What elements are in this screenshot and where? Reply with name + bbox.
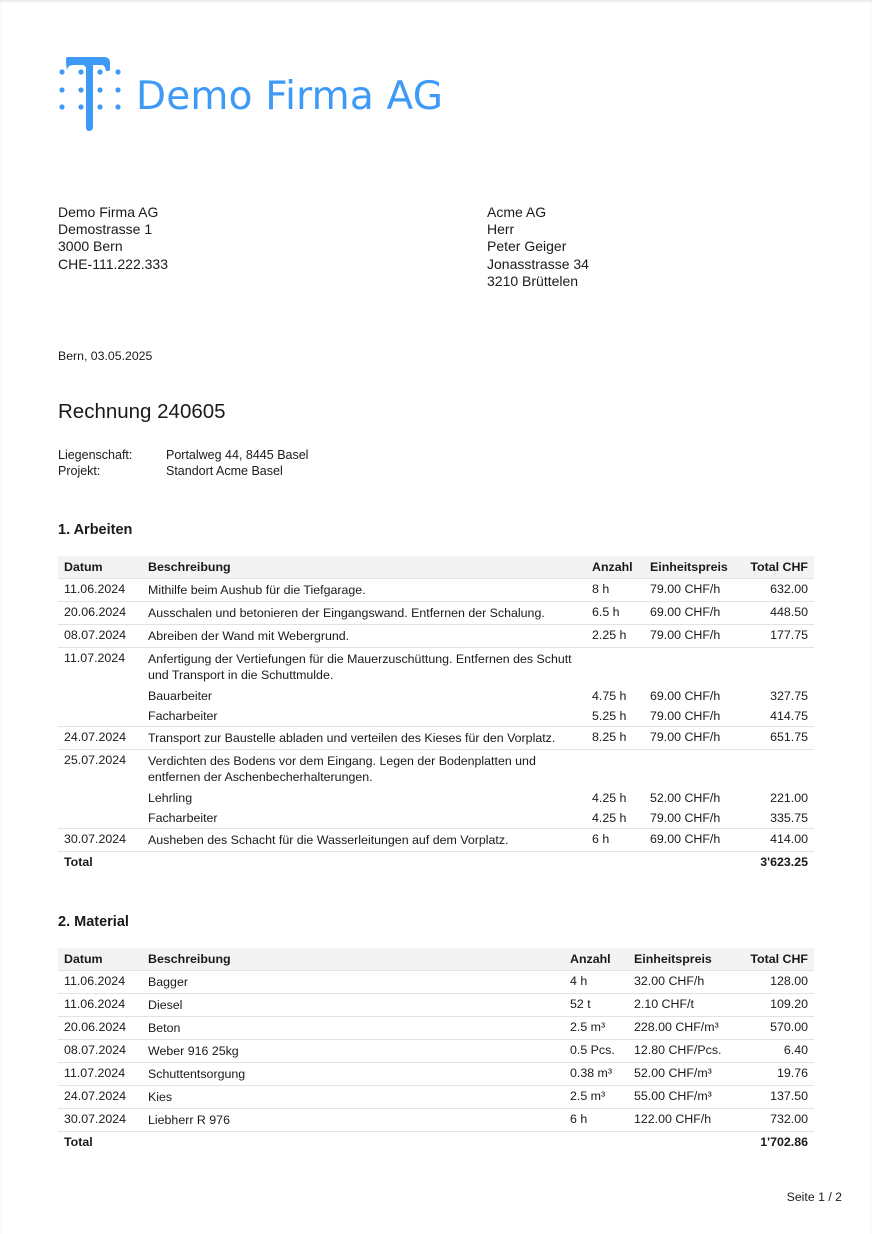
row-date: 20.06.2024 bbox=[58, 1017, 142, 1040]
row-quantity: 0.38 m³ bbox=[564, 1063, 628, 1086]
subrow-unit-price: 52.00 CHF/h bbox=[644, 788, 738, 808]
row-date: 24.07.2024 bbox=[58, 1086, 142, 1109]
section-title-material: 2. Material bbox=[58, 914, 129, 930]
row-unit-price: 2.10 CHF/t bbox=[628, 994, 738, 1017]
subrow-description: Facharbeiter bbox=[142, 706, 586, 727]
row-date: 11.06.2024 bbox=[58, 971, 142, 994]
table-row: 11.06.2024Diesel52 t2.10 CHF/t109.20 bbox=[58, 994, 814, 1017]
row-total: 137.50 bbox=[738, 1086, 814, 1109]
row-description: Liebherr R 976 bbox=[142, 1109, 564, 1132]
row-quantity: 2.25 h bbox=[586, 625, 644, 648]
row-unit-price: 79.00 CHF/h bbox=[644, 727, 738, 750]
row-date: 20.06.2024 bbox=[58, 602, 142, 625]
invoice-title: Rechnung 240605 bbox=[58, 400, 226, 424]
recipient-line: Jonasstrasse 34 bbox=[487, 256, 589, 273]
row-unit-price: 32.00 CHF/h bbox=[628, 971, 738, 994]
recipient-line: Acme AG bbox=[487, 204, 589, 221]
meta-value: Portalweg 44, 8445 Basel bbox=[166, 447, 308, 463]
company-name-logo-text: Demo Firma AG bbox=[136, 74, 443, 119]
row-quantity bbox=[586, 750, 644, 789]
subrow-quantity: 4.75 h bbox=[586, 686, 644, 706]
header-total: Total CHF bbox=[738, 556, 814, 579]
row-unit-price: 79.00 CHF/h bbox=[644, 625, 738, 648]
row-quantity: 8.25 h bbox=[586, 727, 644, 750]
page-number: Seite 1 / 2 bbox=[787, 1190, 842, 1204]
recipient-line: 3210 Brüttelen bbox=[487, 273, 589, 290]
row-unit-price: 69.00 CHF/h bbox=[644, 602, 738, 625]
row-date: 11.07.2024 bbox=[58, 648, 142, 687]
row-quantity: 4 h bbox=[564, 971, 628, 994]
sender-line: CHE-111.222.333 bbox=[58, 256, 168, 273]
total-label: Total bbox=[58, 1132, 142, 1153]
table-subrow: Lehrling4.25 h52.00 CHF/h221.00 bbox=[58, 788, 814, 808]
header-date: Datum bbox=[58, 556, 142, 579]
row-unit-price: 228.00 CHF/m³ bbox=[628, 1017, 738, 1040]
table-row: 20.06.2024Beton2.5 m³228.00 CHF/m³570.00 bbox=[58, 1017, 814, 1040]
table-row: 24.07.2024Kies2.5 m³55.00 CHF/m³137.50 bbox=[58, 1086, 814, 1109]
row-date: 08.07.2024 bbox=[58, 1040, 142, 1063]
subrow-date-empty bbox=[58, 788, 142, 808]
row-description: Bagger bbox=[142, 971, 564, 994]
row-description: Beton bbox=[142, 1017, 564, 1040]
row-unit-price: 52.00 CHF/m³ bbox=[628, 1063, 738, 1086]
subrow-date-empty bbox=[58, 808, 142, 829]
row-description: Diesel bbox=[142, 994, 564, 1017]
subrow-total: 221.00 bbox=[738, 788, 814, 808]
row-total: 448.50 bbox=[738, 602, 814, 625]
table-subrow: Facharbeiter4.25 h79.00 CHF/h335.75 bbox=[58, 808, 814, 829]
table-row: 11.06.2024Mithilfe beim Aushub für die T… bbox=[58, 579, 814, 602]
row-description: Kies bbox=[142, 1086, 564, 1109]
sender-address: Demo Firma AG Demostrasse 1 3000 Bern CH… bbox=[58, 204, 168, 273]
row-quantity: 8 h bbox=[586, 579, 644, 602]
total-label: Total bbox=[58, 852, 142, 873]
subrow-unit-price: 69.00 CHF/h bbox=[644, 686, 738, 706]
row-quantity: 6 h bbox=[564, 1109, 628, 1132]
meta-row-project: Projekt: Standort Acme Basel bbox=[58, 463, 308, 479]
row-unit-price: 79.00 CHF/h bbox=[644, 579, 738, 602]
row-quantity: 2.5 m³ bbox=[564, 1017, 628, 1040]
work-table: DatumBeschreibungAnzahlEinheitspreisTota… bbox=[58, 556, 814, 872]
table-row: 25.07.2024Verdichten des Bodens vor dem … bbox=[58, 750, 814, 789]
hammer-dots-logo-icon bbox=[58, 56, 122, 132]
recipient-line: Herr bbox=[487, 221, 589, 238]
sender-line: 3000 Bern bbox=[58, 238, 168, 255]
subrow-date-empty bbox=[58, 686, 142, 706]
table-row: 20.06.2024Ausschalen und betonieren der … bbox=[58, 602, 814, 625]
subrow-unit-price: 79.00 CHF/h bbox=[644, 706, 738, 727]
row-date: 25.07.2024 bbox=[58, 750, 142, 789]
subrow-description: Bauarbeiter bbox=[142, 686, 586, 706]
table-row: 11.07.2024Anfertigung der Vertiefungen f… bbox=[58, 648, 814, 687]
company-logo: Demo Firma AG bbox=[58, 56, 443, 132]
meta-value: Standort Acme Basel bbox=[166, 463, 283, 479]
row-date: 30.07.2024 bbox=[58, 829, 142, 852]
subrow-description: Facharbeiter bbox=[142, 808, 586, 829]
row-total: 109.20 bbox=[738, 994, 814, 1017]
row-quantity: 52 t bbox=[564, 994, 628, 1017]
row-description: Mithilfe beim Aushub für die Tiefgarage. bbox=[142, 579, 586, 602]
row-description: Verdichten des Bodens vor dem Eingang. L… bbox=[142, 750, 586, 789]
table-row: 08.07.2024Abreiben der Wand mit Webergru… bbox=[58, 625, 814, 648]
row-date: 24.07.2024 bbox=[58, 727, 142, 750]
table-header-row: DatumBeschreibungAnzahlEinheitspreisTota… bbox=[58, 556, 814, 579]
row-total: 6.40 bbox=[738, 1040, 814, 1063]
sender-line: Demostrasse 1 bbox=[58, 221, 168, 238]
row-unit-price: 55.00 CHF/m³ bbox=[628, 1086, 738, 1109]
section-title-work: 1. Arbeiten bbox=[58, 522, 132, 538]
header-description: Beschreibung bbox=[142, 948, 564, 971]
sender-line: Demo Firma AG bbox=[58, 204, 168, 221]
header-date: Datum bbox=[58, 948, 142, 971]
table-row: 24.07.2024Transport zur Baustelle ablade… bbox=[58, 727, 814, 750]
row-date: 30.07.2024 bbox=[58, 1109, 142, 1132]
row-total: 19.76 bbox=[738, 1063, 814, 1086]
header-quantity: Anzahl bbox=[586, 556, 644, 579]
total-value: 3'623.25 bbox=[738, 852, 814, 873]
row-total: 128.00 bbox=[738, 971, 814, 994]
row-date: 11.06.2024 bbox=[58, 579, 142, 602]
row-unit-price: 12.80 CHF/Pcs. bbox=[628, 1040, 738, 1063]
row-description: Weber 916 25kg bbox=[142, 1040, 564, 1063]
subrow-total: 327.75 bbox=[738, 686, 814, 706]
table-row: 11.06.2024Bagger4 h32.00 CHF/h128.00 bbox=[58, 971, 814, 994]
table-row: 30.07.2024Liebherr R 9766 h122.00 CHF/h7… bbox=[58, 1109, 814, 1132]
header-unit-price: Einheitspreis bbox=[644, 556, 738, 579]
recipient-line: Peter Geiger bbox=[487, 238, 589, 255]
row-description: Ausheben des Schacht für die Wasserleitu… bbox=[142, 829, 586, 852]
row-total bbox=[738, 648, 814, 687]
row-unit-price bbox=[644, 750, 738, 789]
table-subrow: Bauarbeiter4.75 h69.00 CHF/h327.75 bbox=[58, 686, 814, 706]
row-total: 651.75 bbox=[738, 727, 814, 750]
row-total: 570.00 bbox=[738, 1017, 814, 1040]
row-unit-price: 122.00 CHF/h bbox=[628, 1109, 738, 1132]
row-total bbox=[738, 750, 814, 789]
total-spacer bbox=[142, 1132, 738, 1153]
row-quantity: 2.5 m³ bbox=[564, 1086, 628, 1109]
row-description: Abreiben der Wand mit Webergrund. bbox=[142, 625, 586, 648]
subrow-total: 335.75 bbox=[738, 808, 814, 829]
meta-label: Projekt: bbox=[58, 463, 166, 479]
table-header-row: DatumBeschreibungAnzahlEinheitspreisTota… bbox=[58, 948, 814, 971]
row-unit-price: 69.00 CHF/h bbox=[644, 829, 738, 852]
place-date: Bern, 03.05.2025 bbox=[58, 349, 152, 363]
subrow-quantity: 4.25 h bbox=[586, 808, 644, 829]
total-spacer bbox=[142, 852, 738, 873]
header-quantity: Anzahl bbox=[564, 948, 628, 971]
table-total-row: Total3'623.25 bbox=[58, 852, 814, 873]
subrow-unit-price: 79.00 CHF/h bbox=[644, 808, 738, 829]
header-unit-price: Einheitspreis bbox=[628, 948, 738, 971]
row-date: 08.07.2024 bbox=[58, 625, 142, 648]
row-description: Anfertigung der Vertiefungen für die Mau… bbox=[142, 648, 586, 687]
row-quantity: 6.5 h bbox=[586, 602, 644, 625]
subrow-total: 414.75 bbox=[738, 706, 814, 727]
meta-row-property: Liegenschaft: Portalweg 44, 8445 Basel bbox=[58, 447, 308, 463]
row-quantity: 0.5 Pcs. bbox=[564, 1040, 628, 1063]
row-date: 11.07.2024 bbox=[58, 1063, 142, 1086]
row-total: 732.00 bbox=[738, 1109, 814, 1132]
row-description: Ausschalen und betonieren der Eingangswa… bbox=[142, 602, 586, 625]
header-description: Beschreibung bbox=[142, 556, 586, 579]
table-subrow: Facharbeiter5.25 h79.00 CHF/h414.75 bbox=[58, 706, 814, 727]
row-total: 414.00 bbox=[738, 829, 814, 852]
total-value: 1'702.86 bbox=[738, 1132, 814, 1153]
table-row: 08.07.2024Weber 916 25kg0.5 Pcs.12.80 CH… bbox=[58, 1040, 814, 1063]
row-description: Transport zur Baustelle abladen und vert… bbox=[142, 727, 586, 750]
header-total: Total CHF bbox=[738, 948, 814, 971]
subrow-quantity: 5.25 h bbox=[586, 706, 644, 727]
recipient-address: Acme AG Herr Peter Geiger Jonasstrasse 3… bbox=[487, 204, 589, 290]
table-row: 11.07.2024Schuttentsorgung0.38 m³52.00 C… bbox=[58, 1063, 814, 1086]
row-total: 177.75 bbox=[738, 625, 814, 648]
row-quantity bbox=[586, 648, 644, 687]
material-table: DatumBeschreibungAnzahlEinheitspreisTota… bbox=[58, 948, 814, 1152]
row-quantity: 6 h bbox=[586, 829, 644, 852]
invoice-meta: Liegenschaft: Portalweg 44, 8445 Basel P… bbox=[58, 447, 308, 479]
table-row: 30.07.2024Ausheben des Schacht für die W… bbox=[58, 829, 814, 852]
row-description: Schuttentsorgung bbox=[142, 1063, 564, 1086]
subrow-description: Lehrling bbox=[142, 788, 586, 808]
table-total-row: Total1'702.86 bbox=[58, 1132, 814, 1153]
row-unit-price bbox=[644, 648, 738, 687]
meta-label: Liegenschaft: bbox=[58, 447, 166, 463]
subrow-date-empty bbox=[58, 706, 142, 727]
row-date: 11.06.2024 bbox=[58, 994, 142, 1017]
row-total: 632.00 bbox=[738, 579, 814, 602]
subrow-quantity: 4.25 h bbox=[586, 788, 644, 808]
